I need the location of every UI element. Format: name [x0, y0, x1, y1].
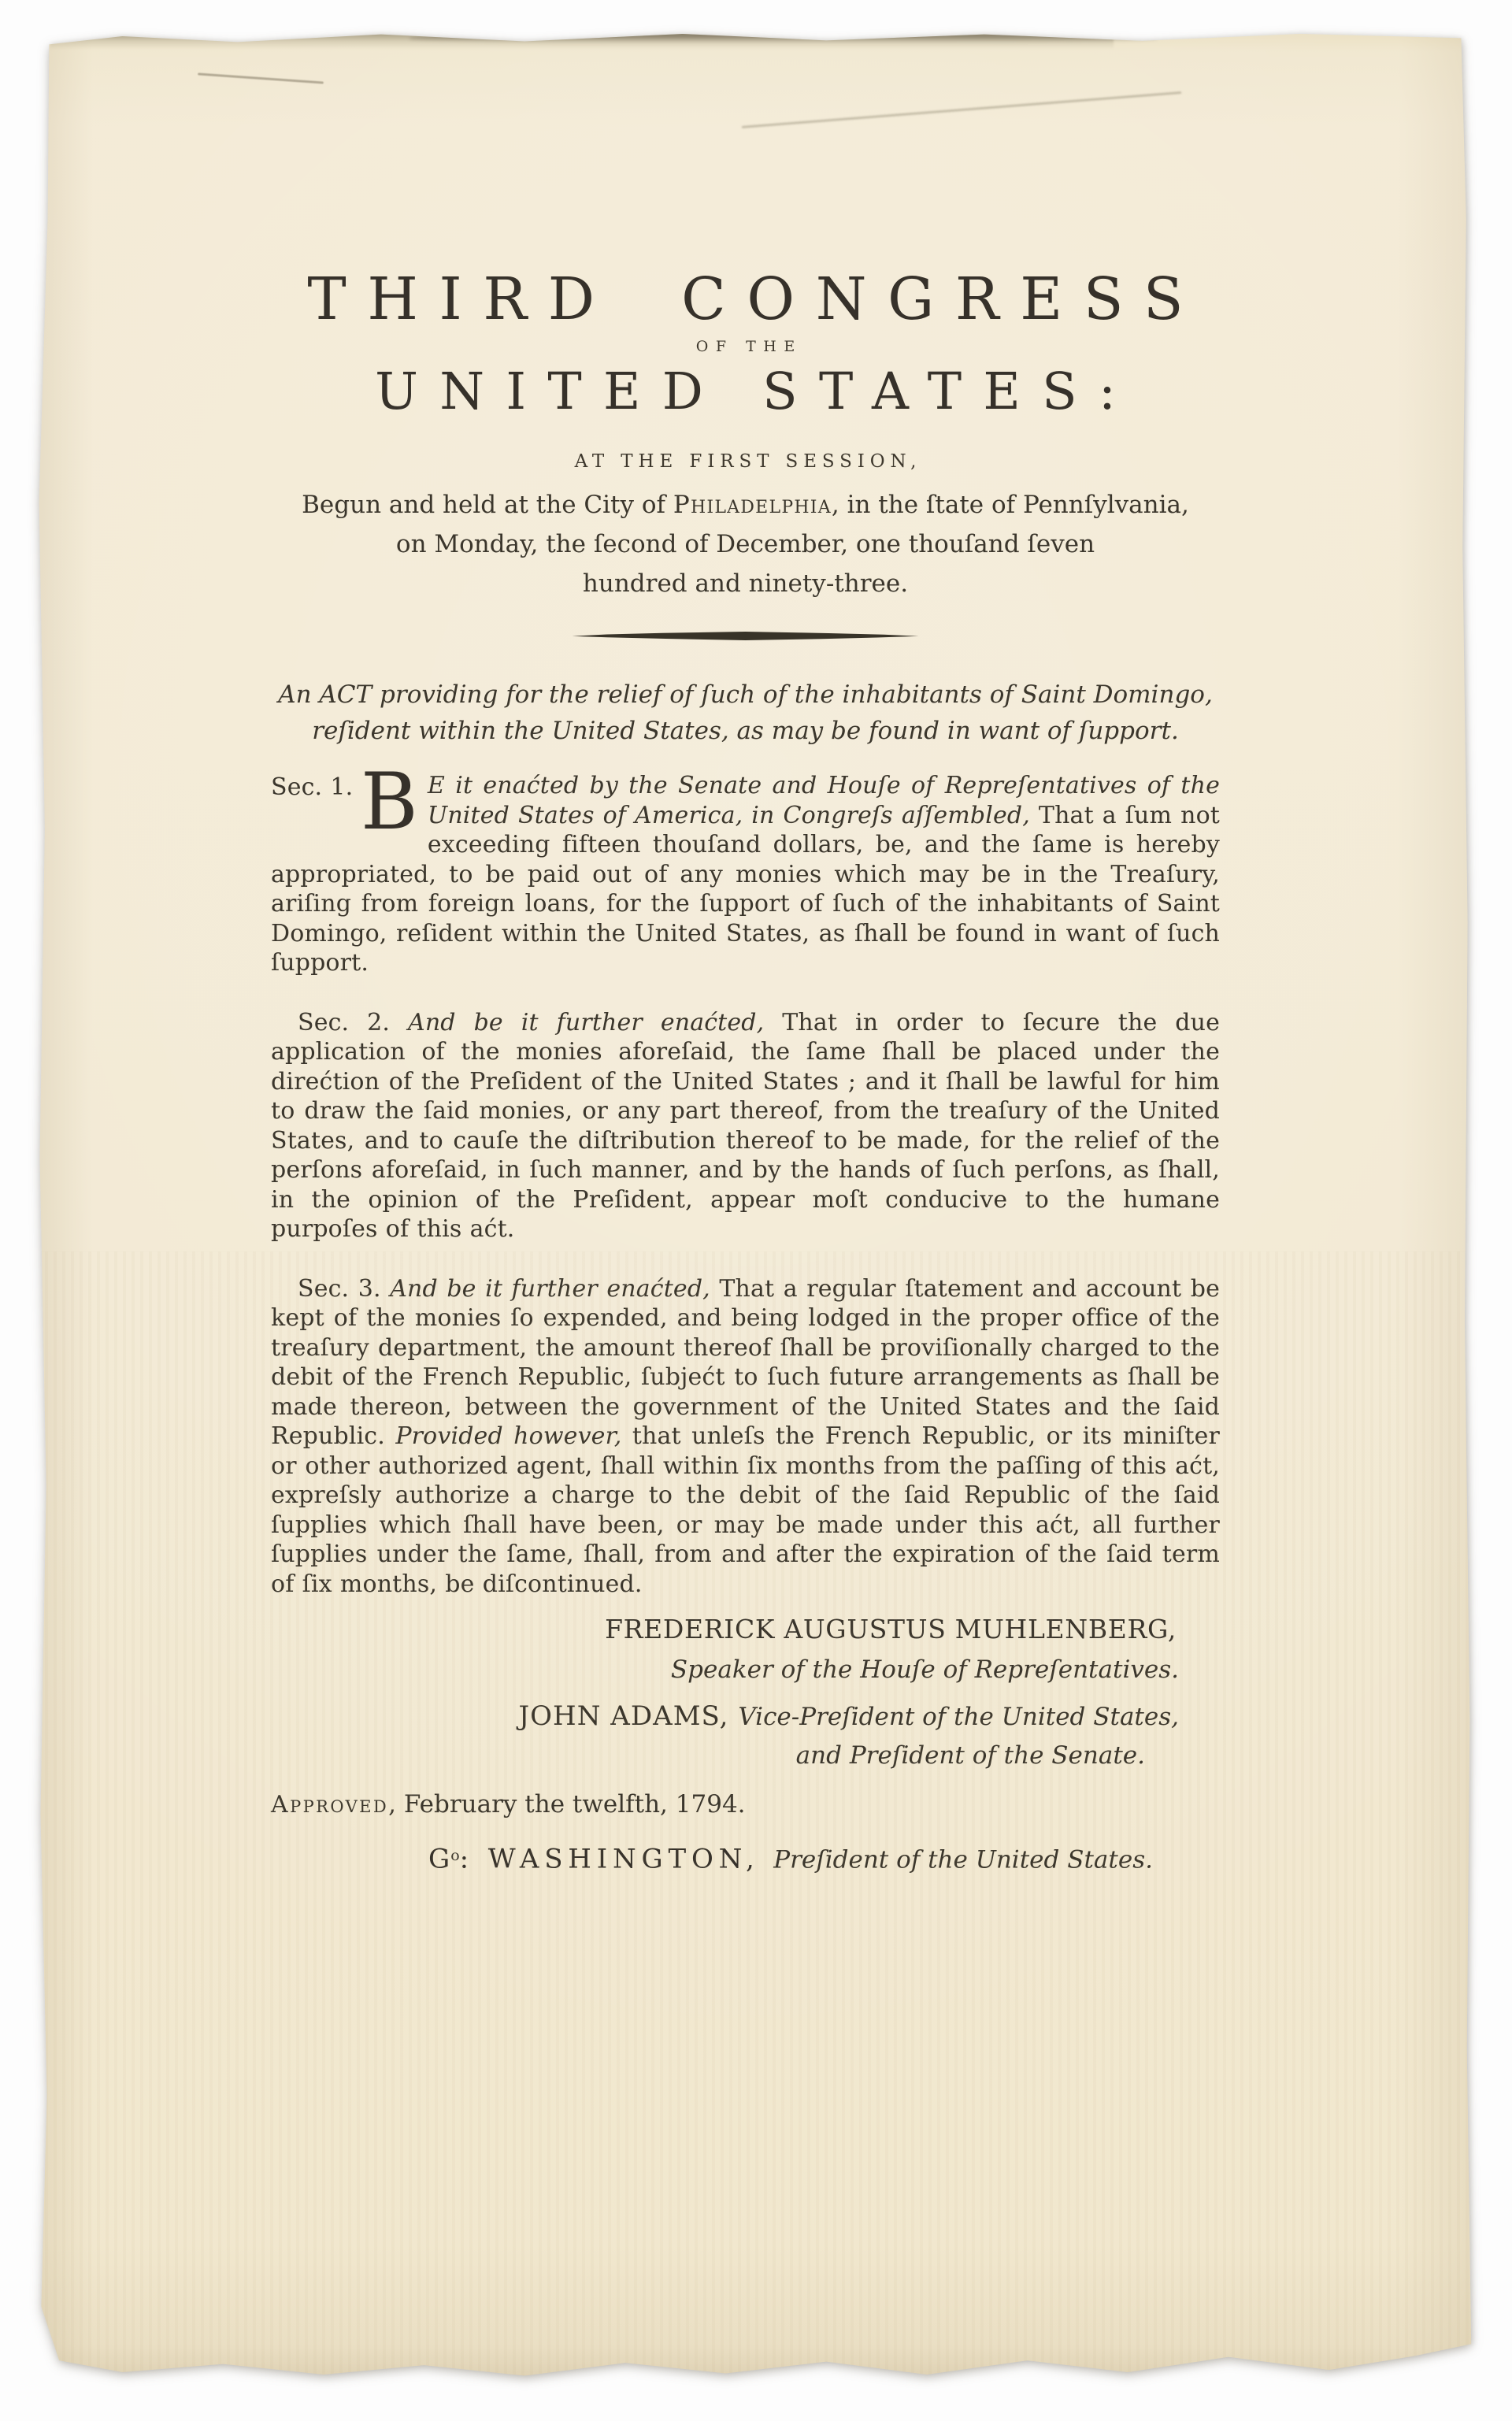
- preamble-line-3: hundred and ninety-three.: [271, 564, 1220, 603]
- of-the-line: OF THE: [271, 337, 1220, 356]
- speaker-name: FREDERICK AUGUSTUS MUHLENBERG,: [271, 1613, 1220, 1646]
- text-segment: Philadelphia: [673, 491, 832, 519]
- text-segment: , in the ſtate of Pennſylvania,: [832, 491, 1189, 519]
- text-segment: Begun and held at the City of: [302, 491, 673, 519]
- session-line: AT THE FIRST SESSION,: [271, 450, 1220, 473]
- text-segment: Approved: [271, 1791, 388, 1819]
- text-segment: And be it further enaćted,: [408, 1009, 782, 1036]
- text-segment: Preſident of the United States.: [773, 1846, 1153, 1874]
- approved-line: Approved, February the twelfth, 1794.: [271, 1789, 1220, 1821]
- section-1-dropcap: B: [361, 773, 418, 834]
- section-2-paragraph: Sec. 2. And be it further enaćted, That …: [271, 1008, 1220, 1244]
- text-segment: :: [460, 1844, 488, 1875]
- section-3-paragraph: Sec. 3. And be it further enaćted, That …: [271, 1274, 1220, 1600]
- text-segment: , February the twelfth, 1794.: [388, 1790, 745, 1819]
- act-heading: An ACT providing for the relief of ſuch …: [271, 677, 1220, 749]
- act-heading-line-1: An ACT providing for the relief of ſuch …: [271, 677, 1220, 713]
- text-segment: And be it further enaćted,: [390, 1275, 719, 1303]
- president-signature-line: Go: WASHINGTON, Preſident of the United …: [428, 1838, 1220, 1878]
- text-segment: Provided however,: [395, 1422, 621, 1450]
- document-sheet: THIRD CONGRESS OF THE UNITED STATES: AT …: [36, 32, 1473, 2377]
- text-segment: WASHINGTON,: [488, 1844, 773, 1875]
- preamble-block: Begun and held at the City of Philadelph…: [271, 485, 1220, 603]
- speaker-title: Speaker of the Houſe of Repreſentatives.: [271, 1654, 1220, 1685]
- text-segment: That in order to ſecure the due applicat…: [271, 1009, 1220, 1244]
- united-states-title: UNITED STATES:: [271, 364, 1220, 421]
- text-segment: Sec. 2.: [298, 1009, 408, 1036]
- text-segment: Sec. 3.: [298, 1275, 390, 1303]
- text-segment: JOHN ADAMS,: [518, 1700, 738, 1732]
- document-sheet-wrap: THIRD CONGRESS OF THE UNITED STATES: AT …: [36, 32, 1473, 2377]
- preamble-line-2: on Monday, the ſecond of December, one t…: [271, 525, 1220, 564]
- preamble-line-1: Begun and held at the City of Philadelph…: [271, 485, 1220, 525]
- swelled-rule-divider: [573, 632, 919, 640]
- speaker-signature-block: FREDERICK AUGUSTUS MUHLENBERG, Speaker o…: [271, 1613, 1220, 1685]
- text-segment: G: [428, 1844, 450, 1875]
- section-1-paragraph: Sec. 1.BE it enaćted by the Senate and H…: [271, 771, 1220, 978]
- scan-background: THIRD CONGRESS OF THE UNITED STATES: AT …: [0, 0, 1512, 2421]
- section-1-label: Sec. 1.: [271, 773, 353, 803]
- text-segment: Vice-Preſident of the United States,: [738, 1703, 1179, 1731]
- congress-title: THIRD CONGRESS: [271, 268, 1220, 331]
- vice-president-signature-line: JOHN ADAMS, Vice-Preſident of the United…: [271, 1700, 1220, 1733]
- vice-president-title-2: and Preſident of the Senate.: [271, 1740, 1220, 1771]
- text-segment: o: [450, 1847, 459, 1864]
- page-content: THIRD CONGRESS OF THE UNITED STATES: AT …: [271, 32, 1220, 1878]
- act-heading-line-2: reſident within the United States, as ma…: [271, 713, 1220, 749]
